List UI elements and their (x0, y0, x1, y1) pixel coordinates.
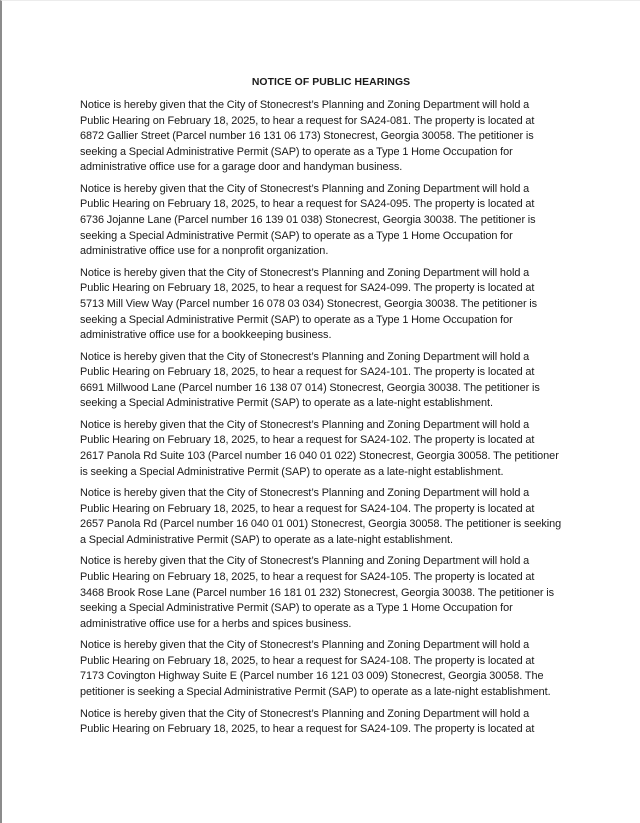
notice-line: Public Hearing on February 18, 2025, to … (80, 722, 574, 738)
notice-line: Notice is hereby given that the City of … (80, 182, 574, 198)
notice-line: Notice is hereby given that the City of … (80, 486, 574, 502)
notice-line: administrative office use for a herbs an… (80, 617, 574, 633)
notice-paragraph-sa24-102: Notice is hereby given that the City of … (80, 418, 574, 480)
notice-paragraph-sa24-104: Notice is hereby given that the City of … (80, 486, 574, 548)
notice-line: seeking a Special Administrative Permit … (80, 396, 574, 412)
notice-line: administrative office use for a nonprofi… (80, 244, 574, 260)
notice-line: 6691 Millwood Lane (Parcel number 16 138… (80, 381, 574, 397)
notice-line: seeking a Special Administrative Permit … (80, 145, 574, 161)
notice-line: Notice is hereby given that the City of … (80, 418, 574, 434)
notice-line: Public Hearing on February 18, 2025, to … (80, 502, 574, 518)
notice-line: Public Hearing on February 18, 2025, to … (80, 365, 574, 381)
document-page: NOTICE OF PUBLIC HEARINGS Notice is here… (0, 0, 640, 823)
notice-line: petitioner is seeking a Special Administ… (80, 685, 574, 701)
notice-line: a Special Administrative Permit (SAP) to… (80, 533, 574, 549)
notice-line: Notice is hereby given that the City of … (80, 707, 574, 723)
notice-paragraph-sa24-101: Notice is hereby given that the City of … (80, 350, 574, 412)
notice-line: seeking a Special Administrative Permit … (80, 601, 574, 617)
notice-line: Public Hearing on February 18, 2025, to … (80, 433, 574, 449)
notice-line: is seeking a Special Administrative Perm… (80, 465, 574, 481)
notice-line: Notice is hereby given that the City of … (80, 266, 574, 282)
notice-paragraph-sa24-108: Notice is hereby given that the City of … (80, 638, 574, 700)
notice-line: 3468 Brook Rose Lane (Parcel number 16 1… (80, 586, 574, 602)
notice-line: Notice is hereby given that the City of … (80, 350, 574, 366)
notice-line: 5713 Mill View Way (Parcel number 16 078… (80, 297, 574, 313)
notice-line: seeking a Special Administrative Permit … (80, 313, 574, 329)
notice-line: Public Hearing on February 18, 2025, to … (80, 281, 574, 297)
notice-line: Notice is hereby given that the City of … (80, 98, 574, 114)
notice-line: 2657 Panola Rd (Parcel number 16 040 01 … (80, 517, 574, 533)
notice-paragraph-sa24-105: Notice is hereby given that the City of … (80, 554, 574, 632)
notice-line: 7173 Covington Highway Suite E (Parcel n… (80, 669, 574, 685)
notice-line: administrative office use for a bookkeep… (80, 328, 574, 344)
notice-line: Notice is hereby given that the City of … (80, 554, 574, 570)
notice-paragraph-sa24-099: Notice is hereby given that the City of … (80, 266, 574, 344)
notice-paragraph-sa24-095: Notice is hereby given that the City of … (80, 182, 574, 260)
notice-line: Notice is hereby given that the City of … (80, 638, 574, 654)
notice-line: Public Hearing on February 18, 2025, to … (80, 654, 574, 670)
notice-line: 6736 Jojanne Lane (Parcel number 16 139 … (80, 213, 574, 229)
notice-line: Public Hearing on February 18, 2025, to … (80, 197, 574, 213)
notice-line: Public Hearing on February 18, 2025, to … (80, 114, 574, 130)
notice-paragraph-sa24-081: Notice is hereby given that the City of … (80, 98, 574, 176)
notice-line: 6872 Gallier Street (Parcel number 16 13… (80, 129, 574, 145)
document-title: NOTICE OF PUBLIC HEARINGS (80, 75, 574, 91)
notice-line: seeking a Special Administrative Permit … (80, 229, 574, 245)
document-content: NOTICE OF PUBLIC HEARINGS Notice is here… (80, 75, 574, 744)
notice-line: 2617 Panola Rd Suite 103 (Parcel number … (80, 449, 574, 465)
notice-line: Public Hearing on February 18, 2025, to … (80, 570, 574, 586)
notice-paragraph-sa24-109: Notice is hereby given that the City of … (80, 707, 574, 738)
notice-line: administrative office use for a garage d… (80, 160, 574, 176)
